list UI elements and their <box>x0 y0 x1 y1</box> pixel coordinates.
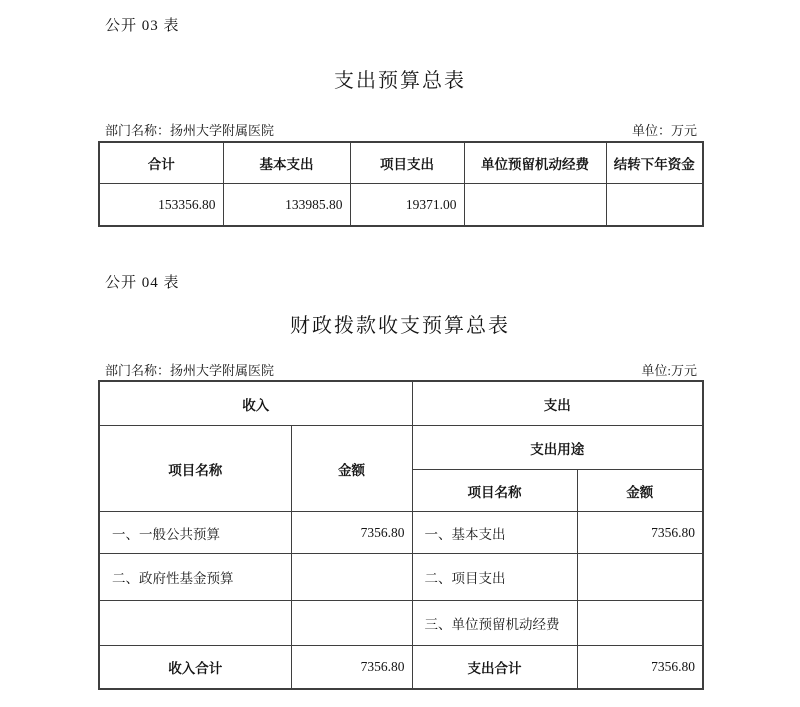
income-section-header: 收入 <box>99 381 412 426</box>
table1-header-project-expenditure: 项目支出 <box>350 142 464 184</box>
expense-row2-name: 二、项目支出 <box>412 554 577 601</box>
table1-value-project-expenditure: 19371.00 <box>350 184 464 227</box>
income-row2-name: 二、政府性基金预算 <box>99 554 291 601</box>
expense-row3-name: 三、单位预留机动经费 <box>412 601 577 646</box>
table1-value-basic-expenditure: 133985.80 <box>223 184 350 227</box>
table2-top-header-row: 收入 支出 <box>99 381 703 426</box>
expense-amount-header: 金额 <box>577 470 703 512</box>
expense-section-header: 支出 <box>412 381 703 426</box>
expense-total-amount: 7356.80 <box>577 646 703 690</box>
table1-data-row: 153356.80 133985.80 19371.00 <box>99 184 703 227</box>
income-name-header: 项目名称 <box>99 426 291 512</box>
expense-usage-header: 支出用途 <box>412 426 703 470</box>
income-total-label: 收入合计 <box>99 646 291 690</box>
table2-data-row-3: 三、单位预留机动经费 <box>99 601 703 646</box>
table2-total-row: 收入合计 7356.80 支出合计 7356.80 <box>99 646 703 690</box>
income-row3-amount <box>291 601 412 646</box>
income-row2-amount <box>291 554 412 601</box>
fiscal-appropriation-table: 收入 支出 项目名称 金额 支出用途 项目名称 金额 一、一般公共预算 7356… <box>98 380 704 690</box>
table1-unit-label: 单位：万元 <box>632 123 697 138</box>
table1-value-reserved-funds <box>464 184 606 227</box>
fiscal-appropriation-title: 财政拨款收支预算总表 <box>98 313 702 340</box>
table1-dept-name: 部门名称：扬州大学附属医院 <box>105 123 274 138</box>
table1-header-reserved-funds: 单位预留机动经费 <box>464 142 606 184</box>
expense-row2-amount <box>577 554 703 601</box>
expense-total-label: 支出合计 <box>412 646 577 690</box>
table2-data-row-1: 一、一般公共预算 7356.80 一、基本支出 7356.80 <box>99 512 703 554</box>
expense-row3-amount <box>577 601 703 646</box>
table1-header-carryover-funds: 结转下年资金 <box>606 142 703 184</box>
expenditure-summary-title: 支出预算总表 <box>98 68 702 95</box>
table2-dept-name: 部门名称：扬州大学附属医院 <box>105 363 274 378</box>
page-label-04: 公开 04 表 <box>105 275 702 292</box>
expense-name-header: 项目名称 <box>412 470 577 512</box>
expense-row1-amount: 7356.80 <box>577 512 703 554</box>
table1-header-total: 合计 <box>99 142 223 184</box>
table1-meta-row: 部门名称：扬州大学附属医院 单位：万元 <box>98 123 702 138</box>
income-row3-name <box>99 601 291 646</box>
table1-value-total: 153356.80 <box>99 184 223 227</box>
income-amount-header: 金额 <box>291 426 412 512</box>
table2-unit-label: 单位:万元 <box>641 363 697 378</box>
income-row1-amount: 7356.80 <box>291 512 412 554</box>
document-page: 公开 03 表 支出预算总表 部门名称：扬州大学附属医院 单位：万元 合计 基本… <box>0 18 800 690</box>
table1-value-carryover-funds <box>606 184 703 227</box>
table2-meta-row: 部门名称：扬州大学附属医院 单位:万元 <box>98 363 702 378</box>
table2-subheader-row-1: 项目名称 金额 支出用途 <box>99 426 703 470</box>
expenditure-summary-table: 合计 基本支出 项目支出 单位预留机动经费 结转下年资金 153356.80 1… <box>98 141 704 227</box>
table2-data-row-2: 二、政府性基金预算 二、项目支出 <box>99 554 703 601</box>
table1-header-basic-expenditure: 基本支出 <box>223 142 350 184</box>
expense-row1-name: 一、基本支出 <box>412 512 577 554</box>
income-total-amount: 7356.80 <box>291 646 412 690</box>
income-row1-name: 一、一般公共预算 <box>99 512 291 554</box>
page-label-03: 公开 03 表 <box>105 18 702 35</box>
table1-header-row: 合计 基本支出 项目支出 单位预留机动经费 结转下年资金 <box>99 142 703 184</box>
